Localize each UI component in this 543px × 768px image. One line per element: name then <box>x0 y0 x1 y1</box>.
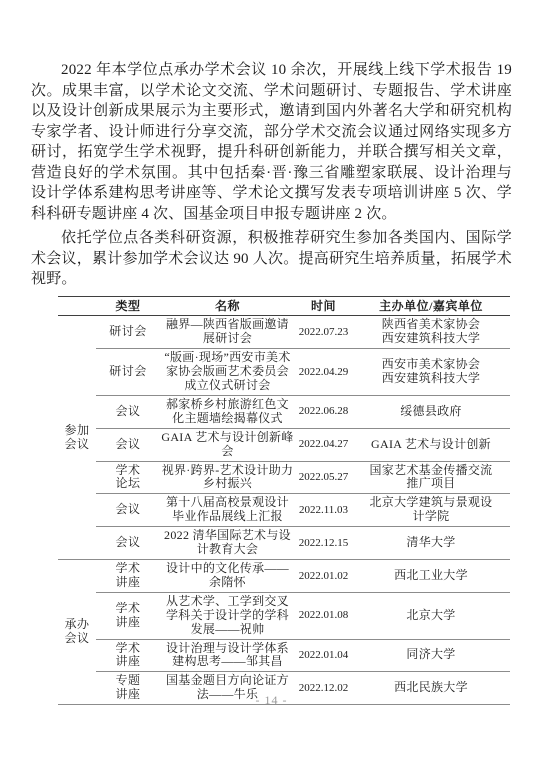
group-label-cell: 参加 会议 <box>58 316 96 560</box>
date-cell: 2022.11.03 <box>295 494 352 527</box>
table-row: 学术 论坛视界·跨界-艺术设计助力乡村振兴2022.05.27国家艺术基金传播交… <box>58 461 510 494</box>
host-cell: 北京大学 <box>352 592 510 639</box>
host-cell: 绥德县政府 <box>352 395 510 428</box>
type-cell: 研讨会 <box>96 316 160 349</box>
header-cell-date: 时间 <box>295 296 352 316</box>
type-cell: 会议 <box>96 428 160 461</box>
host-cell: 西安市美术家协会 西安建筑科技大学 <box>352 349 510 396</box>
host-cell: 北京大学建筑与景观设 计学院 <box>352 494 510 527</box>
host-cell: 西北工业大学 <box>352 560 510 593</box>
name-cell: 视界·跨界-艺术设计助力乡村振兴 <box>160 461 295 494</box>
date-cell: 2022.01.02 <box>295 560 352 593</box>
table-row: 会议郝家桥乡村旅游红色文化主题墙绘揭幕仪式2022.06.28绥德县政府 <box>58 395 510 428</box>
name-cell: 郝家桥乡村旅游红色文化主题墙绘揭幕仪式 <box>160 395 295 428</box>
page-content: 2022 年本学位点承办学术会议 10 余次，开展线上线下学术报告 19 次。成… <box>31 60 512 705</box>
type-cell: 学术 讲座 <box>96 560 160 593</box>
header-cell-group <box>58 296 96 316</box>
date-cell: 2022.12.15 <box>295 527 352 560</box>
type-cell: 会议 <box>96 395 160 428</box>
paragraph-student-participation: 依托学位点各类科研资源，积极推荐研究生参加各类国内、国际学术会议，累计参加学术会… <box>31 228 512 290</box>
header-cell-type: 类型 <box>96 296 160 316</box>
table-row: 会议2022 清华国际艺术与设计教育大会2022.12.15清华大学 <box>58 527 510 560</box>
host-cell: 同济大学 <box>352 639 510 672</box>
date-cell: 2022.06.28 <box>295 395 352 428</box>
name-cell: 设计治理与设计学体系建构思考——邹其昌 <box>160 639 295 672</box>
name-cell: 从艺术学、工学到交叉学科关于设计学的学科发展——祝帅 <box>160 592 295 639</box>
name-cell: 设计中的文化传承——余隋怀 <box>160 560 295 593</box>
name-cell: GAIA 艺术与设计创新峰会 <box>160 428 295 461</box>
header-cell-host: 主办单位/嘉宾单位 <box>352 296 510 316</box>
table-row: 会议第十八届高校景观设计毕业作品展线上汇报2022.11.03北京大学建筑与景观… <box>58 494 510 527</box>
date-cell: 2022.01.04 <box>295 639 352 672</box>
header-cell-name: 名称 <box>160 296 295 316</box>
date-cell: 2022.05.27 <box>295 461 352 494</box>
name-cell: 2022 清华国际艺术与设计教育大会 <box>160 527 295 560</box>
host-cell: 陕西省美术家协会 西安建筑科技大学 <box>352 316 510 349</box>
type-cell: 会议 <box>96 494 160 527</box>
host-cell: 清华大学 <box>352 527 510 560</box>
host-cell: GAIA 艺术与设计创新 <box>352 428 510 461</box>
date-cell: 2022.07.23 <box>295 316 352 349</box>
document-page: 2022 年本学位点承办学术会议 10 余次，开展线上线下学术报告 19 次。成… <box>0 0 543 768</box>
date-cell: 2022.01.08 <box>295 592 352 639</box>
conference-table: 类型 名称 时间 主办单位/嘉宾单位 参加 会议研讨会融界—陕西省版画邀请展研讨… <box>58 296 510 706</box>
table-row: 承办 会议学术 讲座设计中的文化传承——余隋怀2022.01.02西北工业大学 <box>58 560 510 593</box>
name-cell: 第十八届高校景观设计毕业作品展线上汇报 <box>160 494 295 527</box>
type-cell: 学术 论坛 <box>96 461 160 494</box>
table-row: 会议GAIA 艺术与设计创新峰会2022.04.27GAIA 艺术与设计创新 <box>58 428 510 461</box>
paragraph-conference-summary: 2022 年本学位点承办学术会议 10 余次，开展线上线下学术报告 19 次。成… <box>31 60 512 224</box>
name-cell: 融界—陕西省版画邀请展研讨会 <box>160 316 295 349</box>
table-row: 学术 讲座设计治理与设计学体系建构思考——邹其昌2022.01.04同济大学 <box>58 639 510 672</box>
table-row: 研讨会“版画·现场”西安市美术家协会版画艺术委员会成立仪式研讨会2022.04.… <box>58 349 510 396</box>
date-cell: 2022.04.29 <box>295 349 352 396</box>
type-cell: 研讨会 <box>96 349 160 396</box>
group-label-cell: 承办 会议 <box>58 560 96 705</box>
type-cell: 会议 <box>96 527 160 560</box>
host-cell: 国家艺术基金传播交流 推广项目 <box>352 461 510 494</box>
table-header-row: 类型 名称 时间 主办单位/嘉宾单位 <box>58 296 510 316</box>
type-cell: 学术 讲座 <box>96 639 160 672</box>
conference-table-body: 参加 会议研讨会融界—陕西省版画邀请展研讨会2022.07.23陕西省美术家协会… <box>58 316 510 705</box>
table-row: 参加 会议研讨会融界—陕西省版画邀请展研讨会2022.07.23陕西省美术家协会… <box>58 316 510 349</box>
date-cell: 2022.04.27 <box>295 428 352 461</box>
name-cell: “版画·现场”西安市美术家协会版画艺术委员会成立仪式研讨会 <box>160 349 295 396</box>
table-row: 学术 讲座从艺术学、工学到交叉学科关于设计学的学科发展——祝帅2022.01.0… <box>58 592 510 639</box>
page-number: - 14 - <box>0 693 543 708</box>
type-cell: 学术 讲座 <box>96 592 160 639</box>
